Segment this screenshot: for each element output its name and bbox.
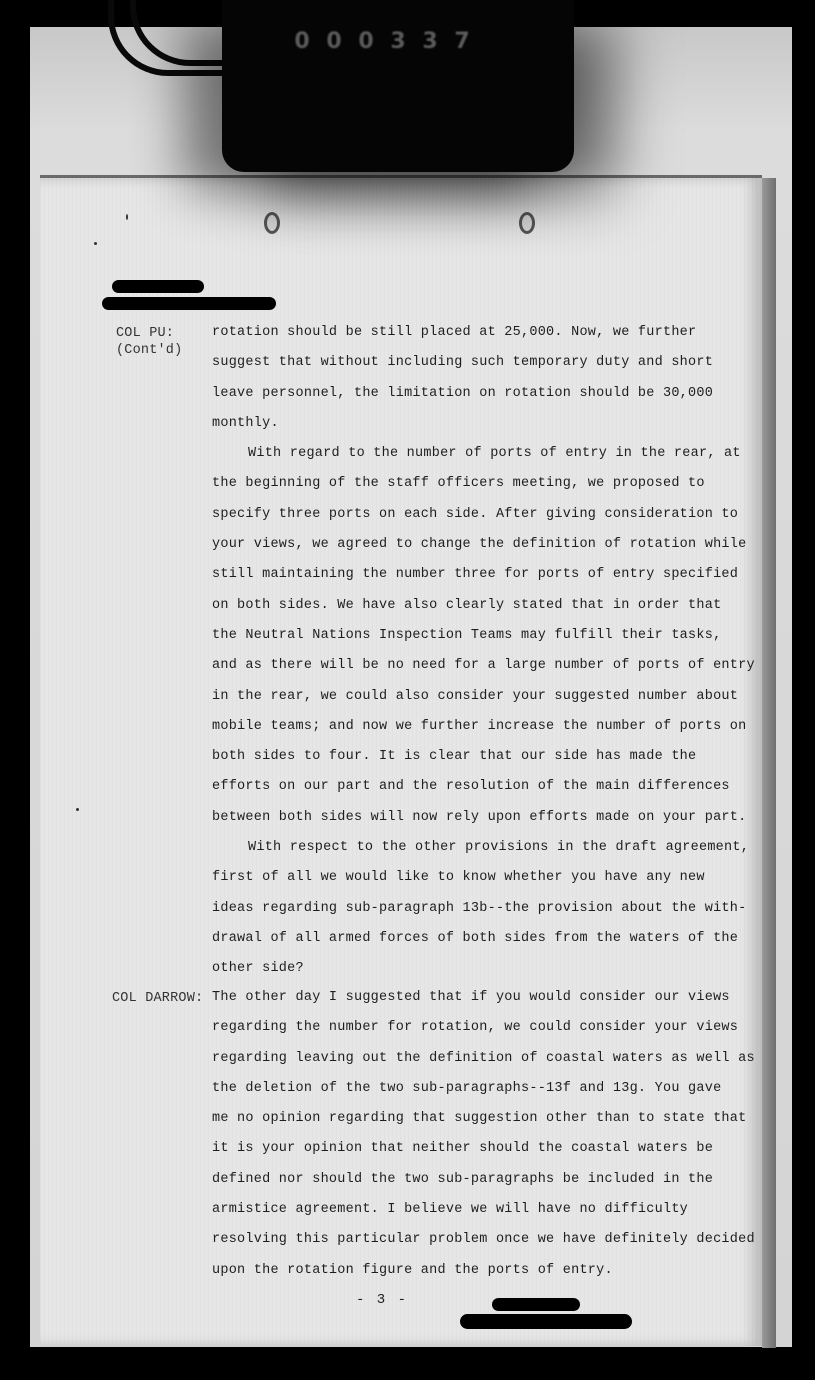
text-line: your views, we agreed to change the defi… (212, 530, 702, 560)
bottom-redaction-mark (460, 1314, 632, 1329)
paragraph: rotation should be still placed at 25,00… (212, 318, 702, 439)
top-redaction-mark (102, 297, 276, 310)
text-line: the deletion of the two sub-paragraphs--… (212, 1074, 702, 1104)
binder-clip (222, 0, 574, 172)
counter-digit: 0 (322, 30, 346, 54)
text-line: leave personnel, the limitation on rotat… (212, 379, 702, 409)
text-line: and as there will be no need for a large… (212, 651, 702, 681)
text-line: between both sides will now rely upon ef… (212, 803, 702, 833)
punch-hole-icon (519, 212, 535, 234)
text-line: in the rear, we could also consider your… (212, 682, 702, 712)
col-darrow-statement: The other day I suggested that if you wo… (212, 983, 702, 1286)
text-line: drawal of all armed forces of both sides… (212, 924, 702, 954)
text-line: me no opinion regarding that suggestion … (212, 1104, 702, 1134)
counter-digit: 0 (354, 30, 378, 54)
text-line: defined nor should the two sub-paragraph… (212, 1165, 702, 1195)
text-line: efforts on our part and the resolution o… (212, 772, 702, 802)
speaker-name: COL PU: (116, 325, 182, 342)
text-line: upon the rotation figure and the ports o… (212, 1256, 702, 1286)
text-line: it is your opinion that neither should t… (212, 1134, 702, 1164)
text-line: monthly. (212, 409, 702, 439)
speaker-name: COL DARROW: (112, 990, 203, 1007)
text-line: With regard to the number of ports of en… (212, 439, 702, 469)
text-line: ideas regarding sub-paragraph 13b--the p… (212, 894, 702, 924)
text-line: regarding leaving out the definition of … (212, 1044, 702, 1074)
counter-digit: 3 (418, 30, 442, 54)
speck (76, 808, 79, 811)
text-line: other side? (212, 954, 702, 984)
speck (126, 214, 128, 220)
bottom-redaction-mark (492, 1298, 580, 1311)
speaker-label-col-darrow: COL DARROW: (112, 990, 203, 1007)
punch-hole-icon (264, 212, 280, 234)
frame-counter: 0 0 0 3 3 7 (290, 30, 474, 54)
paragraph: With respect to the other provisions in … (212, 833, 702, 984)
counter-digit: 0 (290, 30, 314, 54)
text-line: resolving this particular problem once w… (212, 1225, 702, 1255)
text-line: the Neutral Nations Inspection Teams may… (212, 621, 702, 651)
col-pu-statement: rotation should be still placed at 25,00… (212, 318, 702, 985)
text-line: The other day I suggested that if you wo… (212, 983, 702, 1013)
text-line: both sides to four. It is clear that our… (212, 742, 702, 772)
text-line: specify three ports on each side. After … (212, 500, 702, 530)
paragraph: With regard to the number of ports of en… (212, 439, 702, 833)
counter-digit: 3 (386, 30, 410, 54)
text-line: armistice agreement. I believe we will h… (212, 1195, 702, 1225)
text-line: the beginning of the staff officers meet… (212, 469, 702, 499)
speaker-label-col-pu: COL PU: (Cont'd) (116, 325, 182, 359)
text-line: rotation should be still placed at 25,00… (212, 318, 702, 348)
text-line: suggest that without including such temp… (212, 348, 702, 378)
text-line: With respect to the other provisions in … (212, 833, 702, 863)
text-line: mobile teams; and now we further increas… (212, 712, 702, 742)
page-number: - 3 - (356, 1292, 408, 1308)
continued-label: (Cont'd) (116, 342, 182, 359)
page-edge-shadow (762, 178, 776, 1348)
top-redaction-mark (112, 280, 204, 293)
text-line: first of all we would like to know wheth… (212, 863, 702, 893)
speck (94, 242, 97, 245)
text-line: regarding the number for rotation, we co… (212, 1013, 702, 1043)
paragraph: The other day I suggested that if you wo… (212, 983, 702, 1286)
text-line: still maintaining the number three for p… (212, 560, 702, 590)
counter-digit: 7 (450, 30, 474, 54)
text-line: on both sides. We have also clearly stat… (212, 591, 702, 621)
